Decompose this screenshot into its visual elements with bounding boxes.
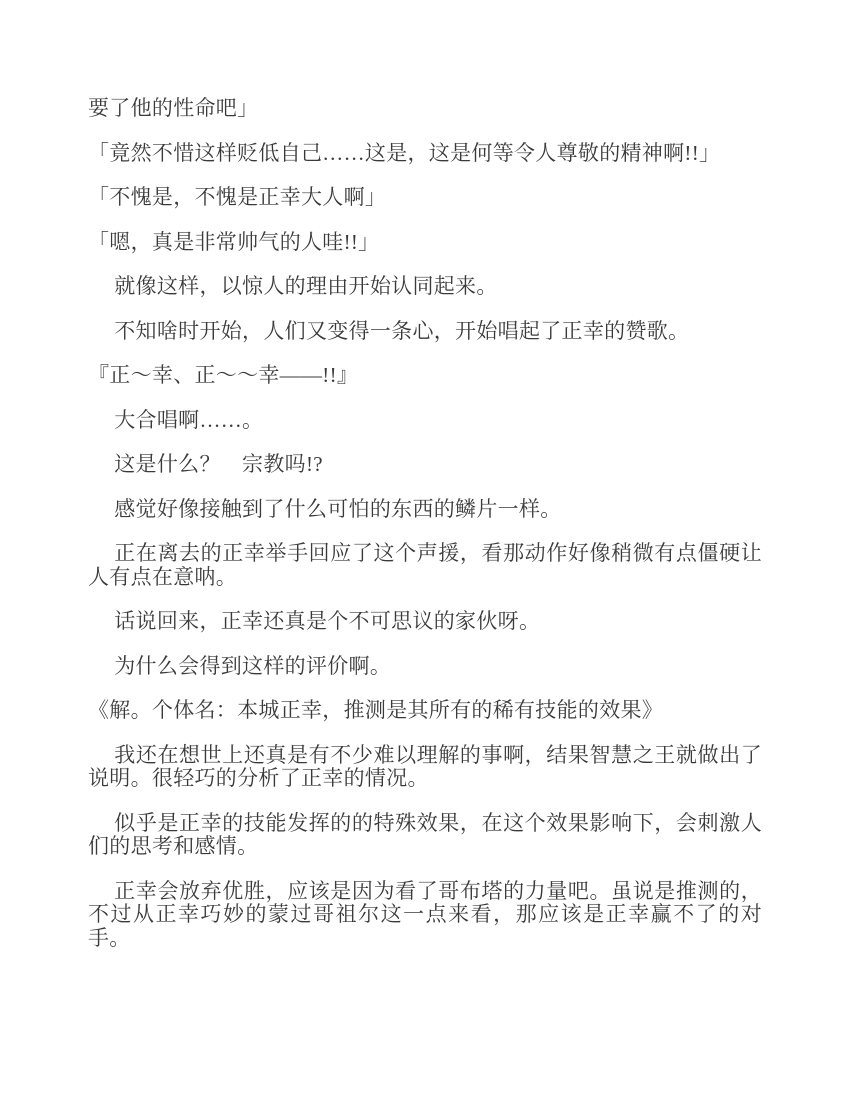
paragraph: 正在离去的正幸举手回应了这个声援，看那动作好像稍微有点僵硬让人有点在意呐。 (88, 542, 762, 589)
paragraph: 话说回来，正幸还真是个不可思议的家伙呀。 (88, 610, 762, 634)
paragraph: 这是什么？ 宗教吗!? (88, 453, 762, 477)
paragraph: 不知啥时开始，人们又变得一条心，开始唱起了正幸的赞歌。 (88, 320, 762, 344)
paragraph: 『正～幸、正～～幸——!!』 (88, 364, 762, 388)
paragraph: 感觉好像接触到了什么可怕的东西的鳞片一样。 (88, 498, 762, 522)
paragraph: 「不愧是，不愧是正幸大人啊」 (88, 186, 762, 210)
paragraph: 要了他的性命吧」 (88, 97, 762, 121)
paragraph: 就像这样，以惊人的理由开始认同起来。 (88, 275, 762, 299)
paragraph: 「竟然不惜这样贬低自己……这是，这是何等令人尊敬的精神啊!!」 (88, 142, 762, 166)
paragraph: 《解。个体名：本城正幸，推测是其所有的稀有技能的效果》 (88, 699, 762, 723)
novel-page: 要了他的性命吧」 「竟然不惜这样贬低自己……这是，这是何等令人尊敬的精神啊!!」… (0, 0, 850, 1100)
paragraph: 似乎是正幸的技能发挥的的特殊效果，在这个效果影响下，会刺激人们的思考和感情。 (88, 812, 762, 859)
paragraph: 正幸会放弃优胜，应该是因为看了哥布塔的力量吧。虽说是推测的，不过从正幸巧妙的蒙过… (88, 880, 762, 951)
paragraph: 「嗯，真是非常帅气的人哇!!」 (88, 231, 762, 255)
paragraph: 我还在想世上还真是有不少难以理解的事啊，结果智慧之王就做出了说明。很轻巧的分析了… (88, 744, 762, 791)
paragraph: 大合唱啊……。 (88, 409, 762, 433)
paragraph: 为什么会得到这样的评价啊。 (88, 655, 762, 679)
